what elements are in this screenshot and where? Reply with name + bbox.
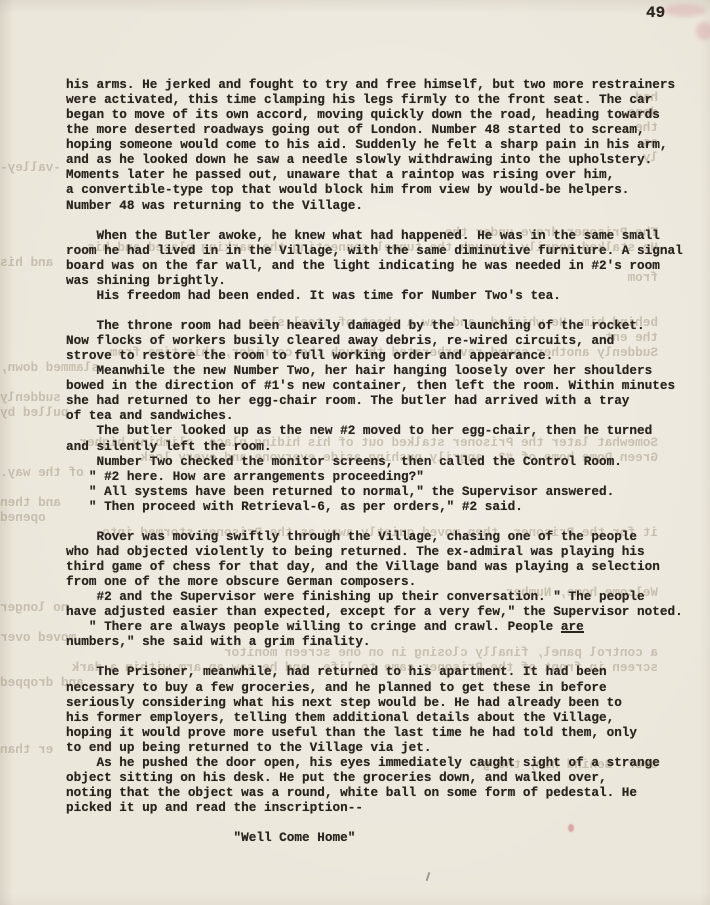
pink-smudge [568, 824, 574, 832]
page-number: 49 [646, 4, 665, 22]
pink-smudge [664, 4, 706, 17]
underline-mark [561, 631, 584, 633]
typewritten-text: his arms. He jerked and fought to try an… [66, 77, 683, 845]
pink-smudge [696, 22, 710, 40]
document-page: had done the as ly -valley- The Prisoner… [0, 0, 710, 905]
